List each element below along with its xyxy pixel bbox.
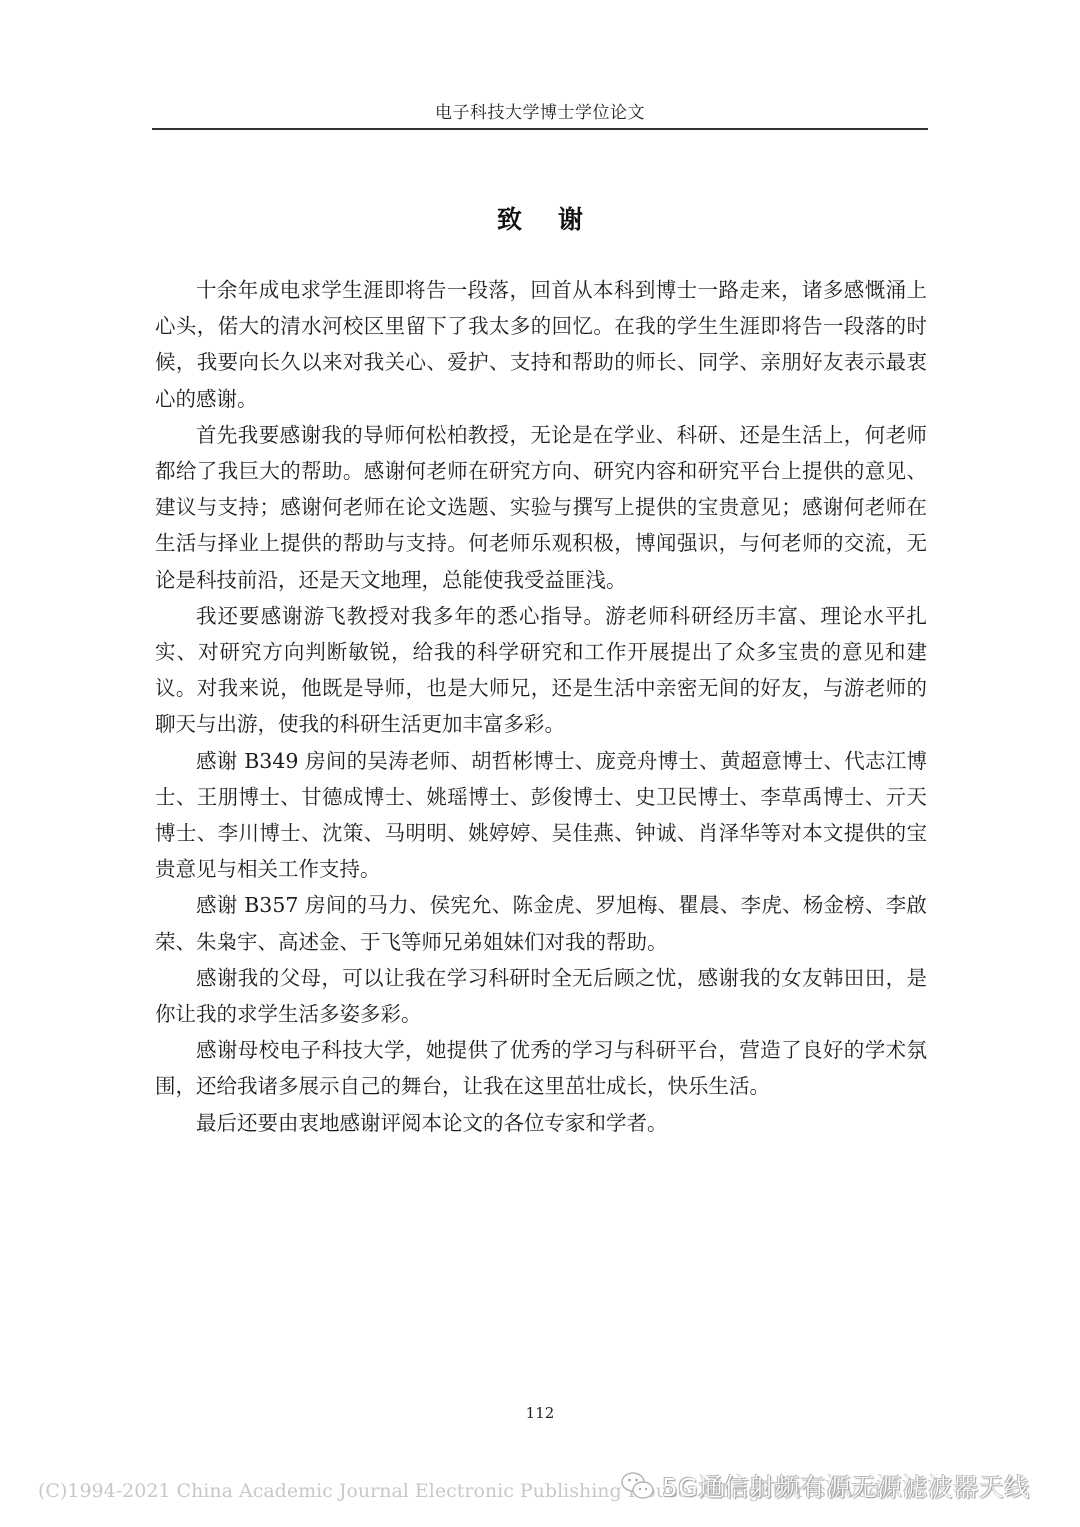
watermark-text: 5G通信射频有源无源滤波器天线 (662, 1468, 1030, 1504)
page-title: 致谢 (0, 200, 1080, 236)
paragraph: 感谢我的父母，可以让我在学习科研时全无后顾之忧，感谢我的女友韩田田，是你让我的求… (155, 960, 927, 1032)
paragraph: 首先我要感谢我的导师何松柏教授，无论是在学业、科研、还是生活上，何老师都给了我巨… (155, 417, 927, 598)
paragraph: 我还要感谢游飞教授对我多年的悉心指导。游老师科研经历丰富、理论水平扎实、对研究方… (155, 598, 927, 743)
paragraph: 感谢 B357 房间的马力、侯宪允、陈金虎、罗旭梅、瞿晨、李虎、杨金榜、李啟荣、… (155, 887, 927, 959)
header-rule (152, 128, 928, 130)
title-char-2: 谢 (558, 200, 583, 236)
watermark: 5G通信射频有源无源滤波器天线 (620, 1466, 1030, 1506)
paragraph: 感谢 B349 房间的吴涛老师、胡哲彬博士、庞竞舟博士、黄超意博士、代志江博士、… (155, 743, 927, 888)
paragraph: 十余年成电求学生涯即将告一段落，回首从本科到博士一路走来，诸多感慨涌上心头，偌大… (155, 272, 927, 417)
wechat-icon (620, 1470, 656, 1502)
title-char-1: 致 (497, 200, 522, 236)
acknowledgements-body: 十余年成电求学生涯即将告一段落，回首从本科到博士一路走来，诸多感慨涌上心头，偌大… (155, 272, 927, 1141)
page-number: 112 (0, 1404, 1080, 1422)
running-header: 电子科技大学博士学位论文 (152, 98, 928, 123)
paragraph: 最后还要由衷地感谢评阅本论文的各位专家和学者。 (155, 1105, 927, 1141)
paragraph: 感谢母校电子科技大学，她提供了优秀的学习与科研平台，营造了良好的学术氛围，还给我… (155, 1032, 927, 1104)
